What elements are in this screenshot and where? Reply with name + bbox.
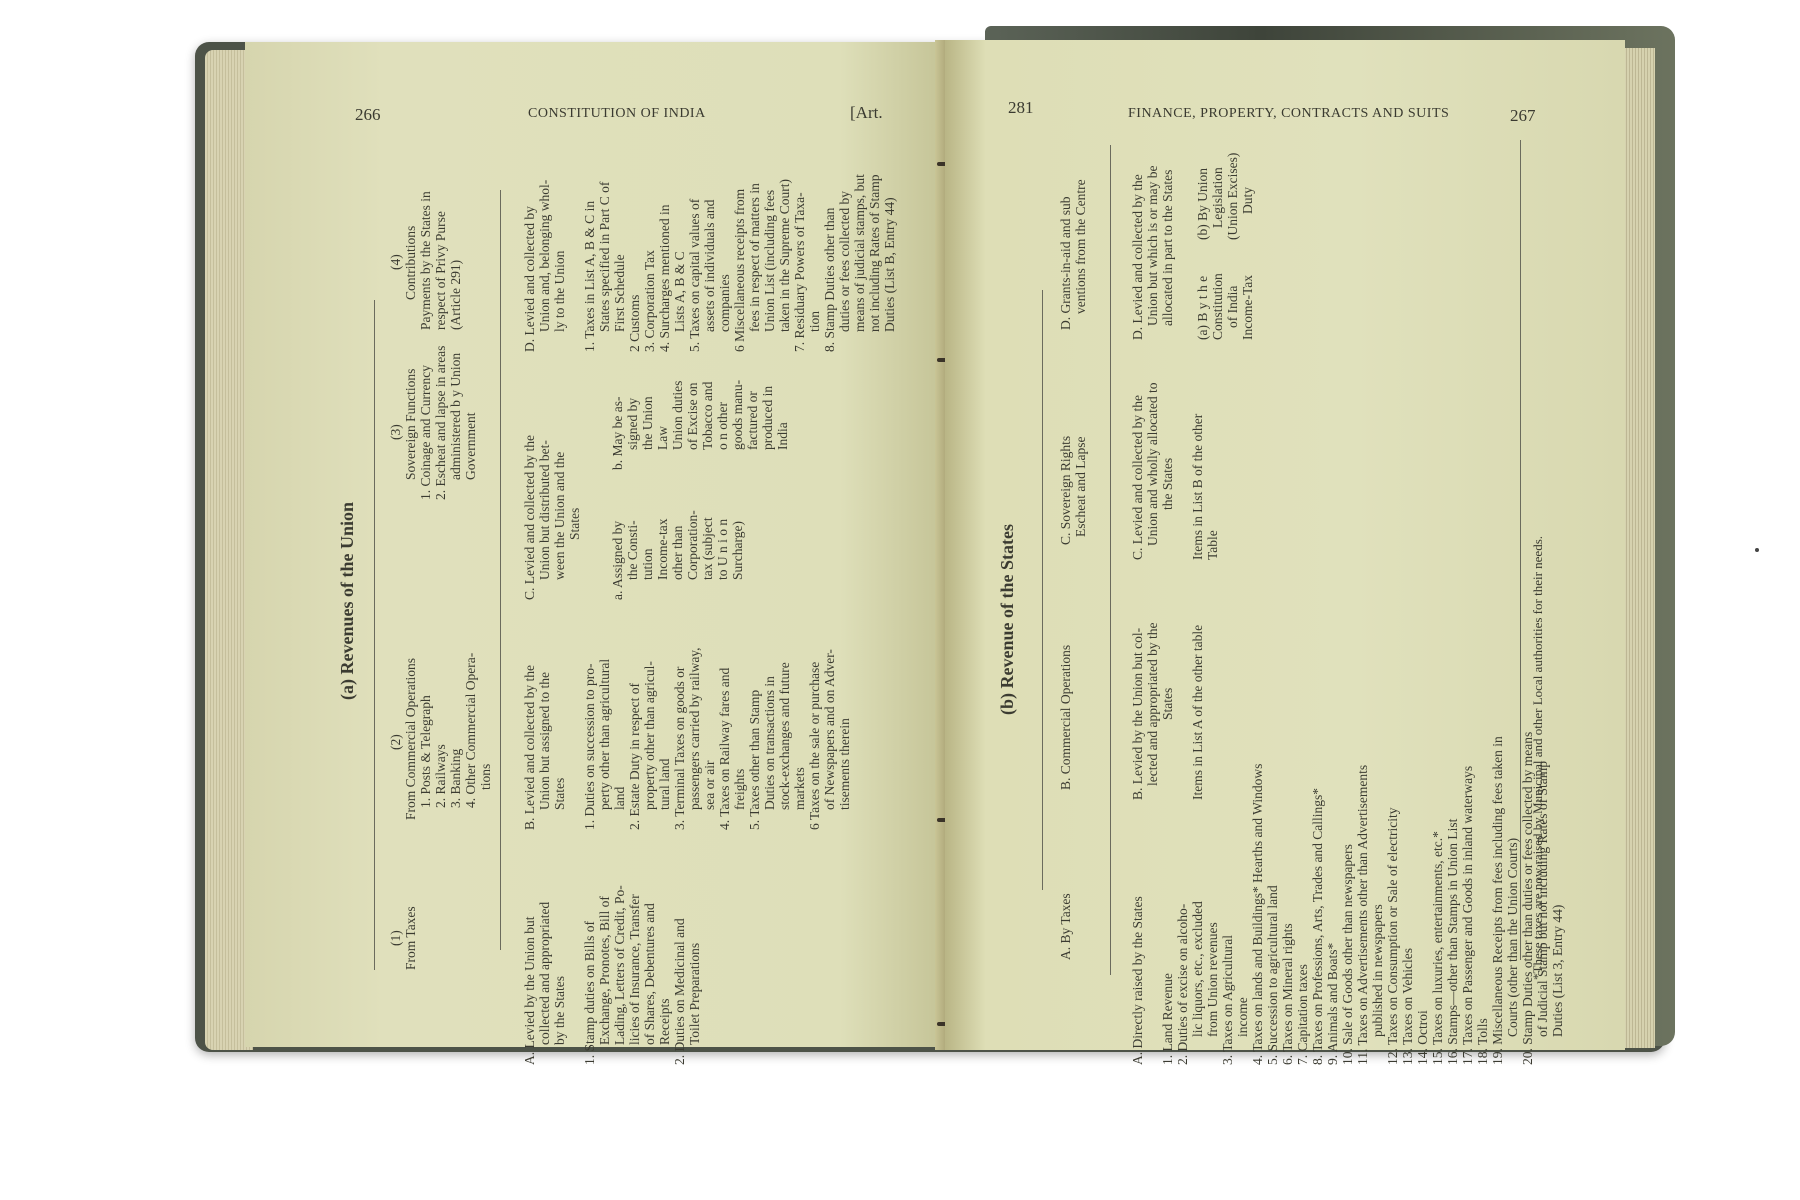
state-category-b: B. Levied by the Union but col- lected a… bbox=[1130, 623, 1205, 800]
list-item: stock-exchanges and future bbox=[777, 647, 792, 830]
list-item: Law bbox=[655, 380, 670, 470]
list-item: fees in respect of matters in bbox=[747, 174, 762, 352]
list-item: 2. Estate Duty in respect of bbox=[627, 647, 642, 830]
state-source-taxes: A. By Taxes bbox=[1058, 893, 1073, 960]
list-item: 3. Taxes on Agricultural bbox=[1220, 732, 1235, 1065]
source-item: 2. Escheat and lapse in areas bbox=[433, 346, 448, 500]
source-label: (1) bbox=[388, 906, 403, 970]
list-item: duties or fees collected by bbox=[837, 174, 852, 352]
source-item: 2. Railways bbox=[433, 653, 448, 820]
bracket-line bbox=[500, 190, 501, 950]
list-item: the Consti- bbox=[625, 510, 640, 600]
list-item: 4. Surcharges mentioned in bbox=[657, 174, 672, 352]
category-heading: Union and wholly allocated to bbox=[1145, 383, 1160, 560]
list-item: 4. Taxes on lands and Buildings* Hearths… bbox=[1250, 732, 1265, 1065]
source-name: Sovereign Functions bbox=[403, 346, 418, 500]
list-item: goods manu- bbox=[730, 380, 745, 470]
list-item: 16. Stamps—other than Stamps in Union Li… bbox=[1445, 732, 1460, 1065]
source-name: From Taxes bbox=[403, 906, 418, 970]
list-item: taken in the Supreme Court) bbox=[777, 174, 792, 352]
list-item: Income-tax bbox=[655, 510, 670, 600]
list-item: o n other bbox=[715, 380, 730, 470]
category-heading: Union and, belonging whol- bbox=[537, 174, 552, 352]
list-item: (a) B y t h e bbox=[1195, 273, 1210, 340]
category-heading: B. Levied by the Union but col- bbox=[1130, 623, 1145, 800]
category-heading: B. Levied and collected by the bbox=[522, 647, 537, 830]
list-item: 8. Stamp Duties other than bbox=[822, 174, 837, 352]
list-item: India bbox=[775, 380, 790, 470]
list-item: tution bbox=[640, 510, 655, 600]
list-item: 17. Taxes on Passenger and Goods in inla… bbox=[1460, 732, 1475, 1065]
list-item: Duties (List B, Entry 44) bbox=[882, 174, 897, 352]
list-item: 19. Miscellaneous Receipts from fees inc… bbox=[1490, 732, 1505, 1065]
source-item: Escheat and Lapse bbox=[1073, 436, 1088, 545]
list-item: income bbox=[1235, 732, 1250, 1065]
state-category-d: D. Levied and collected by the Union but… bbox=[1130, 166, 1175, 340]
list-item: 11. Taxes on Advertisements other than A… bbox=[1355, 732, 1370, 1065]
list-item: not including Rates of Stamp bbox=[867, 174, 882, 352]
article-marker: [Art. bbox=[850, 103, 883, 123]
list-item: Items in List A of the other table bbox=[1190, 623, 1205, 800]
category-heading: ly to the Union bbox=[552, 174, 567, 352]
list-item: Union duties bbox=[670, 380, 685, 470]
list-item: Exchange, Pronotes, Bill of bbox=[597, 885, 612, 1065]
list-item: b. May be as- bbox=[610, 380, 625, 470]
state-source-grants: D. Grants-in-aid and sub ventions from t… bbox=[1058, 179, 1088, 330]
category-heading: D. Levied and collected by the bbox=[1130, 166, 1145, 340]
category-heading: D. Levied and collected by bbox=[522, 174, 537, 352]
list-item: sea or air bbox=[702, 647, 717, 830]
list-item: Tobacco and bbox=[700, 380, 715, 470]
category-heading: the States bbox=[1160, 383, 1175, 560]
source-item: Payments by the States in bbox=[418, 191, 433, 330]
footnote-rule bbox=[1520, 140, 1521, 960]
list-item: Toilet Preparations bbox=[687, 885, 702, 1065]
list-item: of India bbox=[1225, 273, 1240, 340]
list-item: (b) By Union bbox=[1195, 153, 1210, 240]
list-item: 6 Miscellaneous receipts from bbox=[732, 174, 747, 352]
list-item: Income-Tax bbox=[1240, 273, 1255, 340]
state-category-c: C. Levied and collected by the Union and… bbox=[1130, 383, 1220, 560]
list-item: from Union revenues bbox=[1205, 732, 1220, 1065]
page-number-right: 267 bbox=[1510, 106, 1536, 126]
list-item: Lading, Letters of Credit, Po- bbox=[612, 885, 627, 1065]
list-item: 6. Taxes on Mineral rights bbox=[1280, 732, 1295, 1065]
list-item: of Excise on bbox=[685, 380, 700, 470]
category-heading: Union but assigned to the bbox=[537, 647, 552, 830]
union-revenue-title: (a) Revenues of the Union bbox=[340, 502, 355, 700]
list-item: 12. Taxes on Consumption or Sale of elec… bbox=[1385, 732, 1400, 1065]
running-header-left: CONSTITUTION OF INDIA bbox=[528, 106, 706, 122]
list-item: produced in bbox=[760, 380, 775, 470]
category-heading: States bbox=[1160, 623, 1175, 800]
list-item: 7. Capitation taxes bbox=[1295, 732, 1310, 1065]
list-item: signed by bbox=[625, 380, 640, 470]
list-item: factured or bbox=[745, 380, 760, 470]
state-source-commercial: B. Commercial Operations bbox=[1058, 645, 1073, 790]
category-heading: ween the Union and the bbox=[552, 435, 567, 600]
list-item: tisements therein bbox=[837, 647, 852, 830]
running-header-right: FINANCE, PROPERTY, CONTRACTS AND SUITS bbox=[1128, 106, 1449, 122]
category-heading: C. Levied and collected by the bbox=[522, 435, 537, 600]
list-item: 7. Residuary Powers of Taxa- bbox=[792, 174, 807, 352]
source-name: D. Grants-in-aid and sub bbox=[1058, 179, 1073, 330]
category-heading: collected and appropriated bbox=[537, 885, 552, 1065]
list-item: other than bbox=[670, 510, 685, 600]
union-category-c: C. Levied and collected by the Union but… bbox=[522, 435, 582, 600]
source-item: tions bbox=[478, 653, 493, 820]
footnote: *These taxes are now raised by Municipal… bbox=[1530, 536, 1545, 980]
list-item: Receipts bbox=[657, 885, 672, 1065]
list-item: 2. Duties on Medicinal and bbox=[672, 885, 687, 1065]
list-item: Constitution bbox=[1210, 273, 1225, 340]
list-item: tural land bbox=[657, 647, 672, 830]
source-item: 4. Other Commercial Opera- bbox=[463, 653, 478, 820]
union-category-c-sub-b: b. May be as- signed by the Union Law Un… bbox=[610, 380, 790, 470]
list-item: 1. Taxes in List A, B & C in bbox=[582, 174, 597, 352]
list-item: (Union Excises) bbox=[1225, 153, 1240, 240]
list-item: property other than agricul- bbox=[642, 647, 657, 830]
page-number-secondary: 281 bbox=[1008, 98, 1034, 118]
list-item: 6 Taxes on the sale or purchase bbox=[807, 647, 822, 830]
list-item: 3. Corporation Tax bbox=[642, 174, 657, 352]
source-item: 3. Banking bbox=[448, 653, 463, 820]
source-item: 1. Posts & Telegraph bbox=[418, 653, 433, 820]
list-item: Table bbox=[1205, 383, 1220, 560]
source-label: (3) bbox=[388, 346, 403, 500]
list-item: 10. Sale of Goods other than newspapers bbox=[1340, 732, 1355, 1065]
list-item: to U n i o n bbox=[715, 510, 730, 600]
source-item: (Article 291) bbox=[448, 191, 463, 330]
list-item: 13. Taxes on Vehicles bbox=[1400, 732, 1415, 1065]
list-item: States specified in Part C of bbox=[597, 174, 612, 352]
state-source-sovereign: C. Sovereign Rights Escheat and Lapse bbox=[1058, 436, 1088, 545]
source-label: (2) bbox=[388, 653, 403, 820]
list-item: assets of individuals and bbox=[702, 174, 717, 352]
state-category-d-sub-b: (b) By Union Legislation (Union Excises)… bbox=[1195, 153, 1255, 240]
source-name: Contributions bbox=[403, 191, 418, 330]
list-item: land bbox=[612, 647, 627, 830]
list-item: means of judicial stamps, but bbox=[852, 174, 867, 352]
list-item: Duty bbox=[1240, 153, 1255, 240]
union-category-d: D. Levied and collected by Union and, be… bbox=[522, 174, 897, 352]
category-heading: States bbox=[567, 435, 582, 600]
category-heading: allocated in part to the States bbox=[1160, 166, 1175, 340]
dust-speck bbox=[1755, 548, 1759, 552]
list-item: of Shares, Debentures and bbox=[642, 885, 657, 1065]
list-item: tion bbox=[807, 174, 822, 352]
list-item: Surcharge) bbox=[730, 510, 745, 600]
state-category-d-sub-a: (a) B y t h e Constitution of India Inco… bbox=[1195, 273, 1255, 340]
list-item: Items in List B of the other bbox=[1190, 383, 1205, 560]
category-heading: Union but distributed bet- bbox=[537, 435, 552, 600]
category-heading: Union but which is or may be bbox=[1145, 166, 1160, 340]
list-item: 18. Tolls bbox=[1475, 732, 1490, 1065]
list-item: 3. Terminal Taxes on goods or bbox=[672, 647, 687, 830]
category-heading: States bbox=[552, 647, 567, 830]
list-item: 2 Customs bbox=[627, 174, 642, 352]
list-item: perty other than agricultural bbox=[597, 647, 612, 830]
page-number-left: 266 bbox=[355, 105, 381, 125]
list-item: freights bbox=[732, 647, 747, 830]
list-item: 4. Taxes on Railway fares and bbox=[717, 647, 732, 830]
list-item: licies of Insurance, Transfer bbox=[627, 885, 642, 1065]
source-name: ventions from the Centre bbox=[1073, 179, 1088, 330]
list-item: tax (subject bbox=[700, 510, 715, 600]
list-item: companies bbox=[717, 174, 732, 352]
list-item: the Union bbox=[640, 380, 655, 470]
list-item: a. Assigned by bbox=[610, 510, 625, 600]
list-item: 8. Taxes on Professions, Arts, Trades an… bbox=[1310, 732, 1325, 1065]
list-item: Union List (including fees bbox=[762, 174, 777, 352]
category-heading: by the States bbox=[552, 885, 567, 1065]
union-source-commercial: (2) From Commercial Operations 1. Posts … bbox=[388, 653, 493, 820]
list-item: passengers carried by railway, bbox=[687, 647, 702, 830]
state-revenue-title: (b) Revenue of the States bbox=[1000, 524, 1015, 715]
list-item: of Newspapers and on Adver- bbox=[822, 647, 837, 830]
category-heading: C. Levied and collected by the bbox=[1130, 383, 1145, 560]
union-source-taxes: (1) From Taxes bbox=[388, 906, 418, 970]
category-heading: lected and appropriated by the bbox=[1145, 623, 1160, 800]
union-source-sovereign: (3) Sovereign Functions 1. Coinage and C… bbox=[388, 346, 478, 500]
source-name: C. Sovereign Rights bbox=[1058, 436, 1073, 545]
union-category-b: B. Levied and collected by the Union but… bbox=[522, 647, 852, 830]
source-item: administered b y Union bbox=[448, 346, 463, 500]
list-item: 5. Succession to agricultural land bbox=[1265, 732, 1280, 1065]
list-item: published in newspapers bbox=[1370, 732, 1385, 1065]
bracket-line bbox=[1042, 290, 1043, 890]
list-item: Courts (other than the Union Courts) bbox=[1505, 732, 1520, 1065]
bracket-line bbox=[374, 300, 375, 970]
list-item: Corporation- bbox=[685, 510, 700, 600]
source-item: respect of Privy Purse bbox=[433, 191, 448, 330]
list-item: markets bbox=[792, 647, 807, 830]
list-item: Legislation bbox=[1210, 153, 1225, 240]
list-item: 14. Octroi bbox=[1415, 732, 1430, 1065]
source-item: Government bbox=[463, 346, 478, 500]
list-item: 15. Taxes on luxuries, entertainments, e… bbox=[1430, 732, 1445, 1065]
source-name: From Commercial Operations bbox=[403, 653, 418, 820]
list-item: 9. Animals and Boats* bbox=[1325, 732, 1340, 1065]
list-item: First Schedule bbox=[612, 174, 627, 352]
union-source-contributions: (4) Contributions Payments by the States… bbox=[388, 191, 463, 330]
list-item: Duties (List 3, Entry 44) bbox=[1550, 732, 1565, 1065]
list-item: 5. Taxes on capital values of bbox=[687, 174, 702, 352]
source-item: 1. Coinage and Currency bbox=[418, 346, 433, 500]
category-heading: A. Levied by the Union but bbox=[522, 885, 537, 1065]
bracket-line bbox=[1110, 145, 1111, 975]
list-item: Lists A, B & C bbox=[672, 174, 687, 352]
list-item: 1. Stamp duties on Bills of bbox=[582, 885, 597, 1065]
list-item: 1. Duties on succession to pro- bbox=[582, 647, 597, 830]
source-label: (4) bbox=[388, 191, 403, 330]
list-item: Duties on transactions in bbox=[762, 647, 777, 830]
list-item: 5. Taxes other than Stamp bbox=[747, 647, 762, 830]
union-category-c-sub-a: a. Assigned by the Consti- tution Income… bbox=[610, 510, 745, 600]
union-category-a: A. Levied by the Union but collected and… bbox=[522, 885, 702, 1065]
